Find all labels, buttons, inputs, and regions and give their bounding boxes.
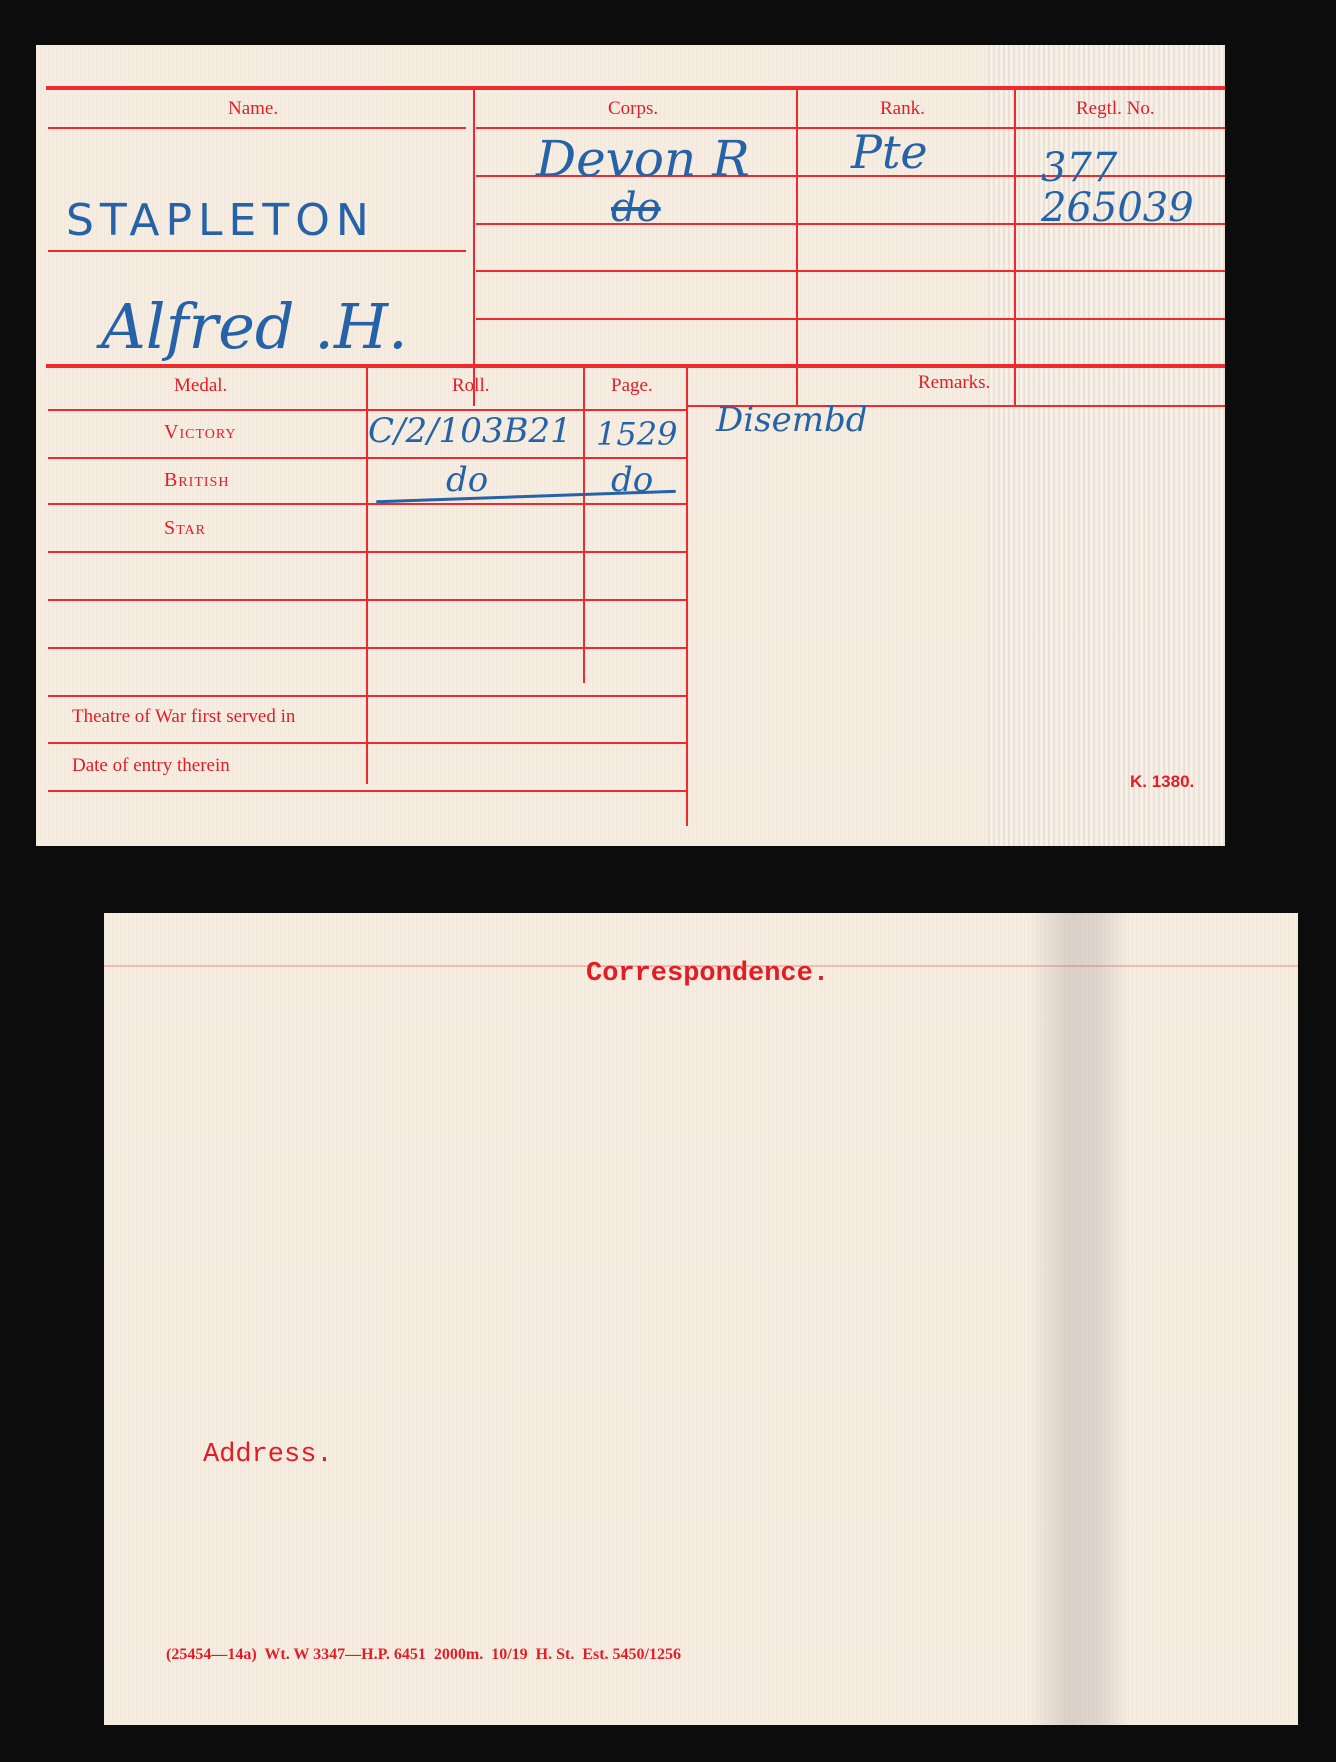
corps-entry-2: do — [611, 185, 661, 231]
fold-shadow — [1029, 913, 1129, 1725]
rule — [48, 790, 686, 792]
rule — [48, 695, 686, 697]
top-rule — [46, 86, 1225, 90]
remarks-entry: Disembd — [716, 400, 867, 440]
printer-line: (25454—14a) Wt. W 3347—H.P. 6451 2000m. … — [166, 1646, 681, 1664]
divider-roll-page — [583, 368, 585, 683]
medal-index-card-back: Correspondence. Address. (25454—14a) Wt.… — [104, 913, 1298, 1725]
header-corps: Corps. — [608, 98, 658, 120]
rule — [48, 503, 686, 505]
rule — [48, 647, 686, 649]
correspondence-title: Correspondence. — [586, 959, 829, 989]
regtl-no-entry-2: 265039 — [1041, 185, 1194, 231]
rule — [48, 742, 686, 744]
header-regtl-no: Regtl. No. — [1076, 98, 1155, 120]
rule — [476, 318, 1225, 320]
rule — [48, 457, 686, 459]
divider-corps-rank — [796, 90, 798, 406]
header-remarks: Remarks. — [918, 372, 990, 394]
address-label: Address. — [203, 1440, 333, 1470]
rule — [48, 599, 686, 601]
form-code: K. 1380. — [1130, 772, 1194, 792]
rule — [48, 250, 466, 252]
divider-page-remarks — [686, 368, 688, 826]
rule — [48, 409, 686, 411]
medal-index-card-front: Name. Corps. Rank. Regtl. No. STAPLETON … — [36, 45, 1225, 846]
forenames-entry: Alfred .H. — [101, 290, 408, 363]
roll-entry-british: do — [446, 460, 488, 500]
medal-british: British — [164, 469, 229, 492]
header-name: Name. — [228, 98, 278, 120]
header-roll: Roll. — [452, 375, 489, 397]
header-rank: Rank. — [880, 98, 925, 120]
corps-entry-1: Devon R — [536, 130, 750, 188]
header-page: Page. — [611, 375, 653, 397]
divider-name-corps — [473, 90, 475, 406]
page-entry-victory: 1529 — [596, 415, 677, 453]
rule — [476, 270, 1225, 272]
roll-entry-victory: C/2/103B21 — [368, 411, 572, 451]
rule — [48, 551, 686, 553]
header-medal: Medal. — [174, 375, 227, 397]
divider-rank-regtl — [1014, 90, 1016, 406]
date-of-entry-label: Date of entry therein — [72, 755, 230, 777]
surname-entry: STAPLETON — [66, 195, 375, 246]
rule — [48, 127, 466, 129]
mid-rule — [46, 364, 1225, 368]
theatre-of-war-label: Theatre of War first served in — [72, 706, 295, 728]
medal-victory: Victory — [164, 421, 237, 444]
medal-star: Star — [164, 517, 206, 540]
rank-entry: Pte — [851, 125, 928, 179]
